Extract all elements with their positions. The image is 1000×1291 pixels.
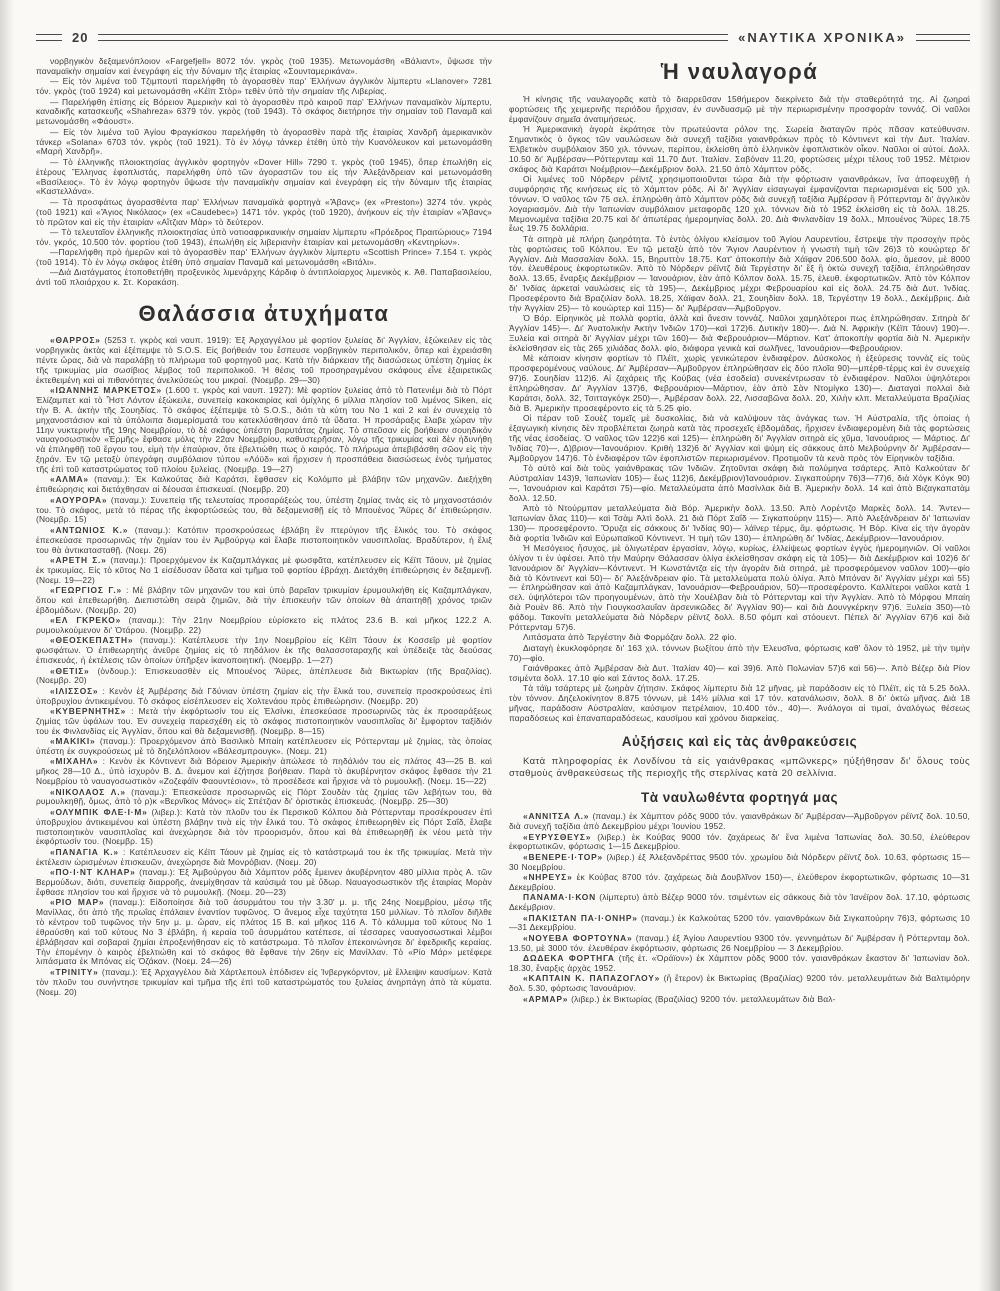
magazine-title: «ΝΑΥΤΙΚΑ ΧΡΟΝΙΚΑ» xyxy=(738,30,906,45)
ship-name: ΔΩΔΕΚΑ ΦΟΡΤΗΓΑ xyxy=(523,953,615,963)
accident-entry: «ΓΕΩΡΓΙΟΣ Γ.» : Μὲ βλάβην τῶν μηχανῶν το… xyxy=(36,586,492,616)
accident-entry: «ΑΡΕΤΗ Σ.» (παναμ.): Προερχόμενον ἐκ Καζ… xyxy=(36,556,492,586)
chartered-entry: ΔΩΔΕΚΑ ΦΟΡΤΗΓΑ (τῆς ἑτ. «Ὁράϊον») ἐκ Χάμ… xyxy=(509,954,970,974)
accident-date: (Νοεμβρ. 20) xyxy=(86,605,137,615)
accident-date: (Νοεμ. 20—23) xyxy=(227,887,286,897)
accident-entry: «ΑΝΤΩΝΙΟΣ Κ.» (παναμ.): Κατόπιν προσκρού… xyxy=(36,526,492,556)
scanned-magazine-page: 20 «ΝΑΥΤΙΚΑ ΧΡΟΝΙΚΑ» νορβηγικὸν δεξαμενό… xyxy=(0,0,1000,1291)
header-rule-middle xyxy=(98,34,728,41)
chartered-entry: «ΑΡΜΑΡ» (λιβερ.) ἐκ Βικτωρίας (Βραζιλίας… xyxy=(509,995,970,1005)
news-paragraph: νορβηγικὸν δεξαμενόπλοιον «Fargefjell» 8… xyxy=(36,57,492,77)
freight-market-title: Ἡ ναυλαγορά xyxy=(509,59,970,85)
accident-text: (ὁνδουρ.): Ἐπισκευασθὲν εἰς Μπουένος Ἄϋρ… xyxy=(97,666,492,676)
ship-name: «ΑΝΝΙΤΣΑ Λ.» xyxy=(523,811,589,821)
ship-name: «ΓΕΩΡΓΙΟΣ Γ.» xyxy=(50,585,122,595)
ship-name: «ΚΑΠΤΑΙΝ Κ. ΠΑΠΑΖΟΓΛΟΥ» xyxy=(523,973,660,983)
accident-date: (Νοεμβρ. 22) xyxy=(150,625,201,635)
chartered-section-title: Τὰ ναυλωθέντα φορτηγά μας xyxy=(509,790,970,805)
ship-name: «ΝΟΥΕΒΑ ΦΟΡΤΟΥΝΑ» xyxy=(523,933,632,943)
ship-name: «ΟΛΥΜΠΙΚ ΦΛΕ·Ι·Μ» xyxy=(50,807,148,817)
ship-name: «ΤΡΙΝΙΤΥ» xyxy=(50,967,99,977)
accident-entry: «ΙΩΑΝΝΗΣ ΜΑΡΚΕΤΟΣ» (1.600 τ. γκρὸς καὶ ν… xyxy=(36,386,492,475)
bunkers-paragraph: Κατὰ πληροφορίας ἐκ Λονδίνου τὰ εἰς γαιά… xyxy=(509,756,970,781)
accident-entry: «ΕΛ ΓΚΡΕΚΟ» (παναμ.): Τὴν 21ην Νοεμβρίου… xyxy=(36,616,492,636)
freight-paragraph: Γαιάνθρακες ἀπὸ Ἀμβέρσαν διὰ Δυτ. Ἰταλία… xyxy=(509,664,970,684)
accident-entry: «ΑΟΥΡΟΡΑ» (παναμ.): Συνεπείᾳ τῆς τελευτα… xyxy=(36,496,492,526)
accidents-section-title: Θαλάσσια ἀτυχήματα xyxy=(36,301,492,327)
freight-paragraph: Μὲ κάποιαν κίνησιν φορτίων τὸ Πλέϊτ, χωρ… xyxy=(509,354,970,413)
accidents-list: «ΘΑΡΡΟΣ» (5253 τ. γκρὸς καὶ ναυπ. 1919):… xyxy=(36,336,492,997)
freight-paragraph: Τὸ αὐτὸ καὶ διὰ τοὺς γαιάνθρακας τῶν Ἰνδ… xyxy=(509,464,970,504)
accident-entry: «ΚΥΒΕΡΝΗΤΗΣ» : Μετὰ τὴν ἐκφόρτωσίν του ε… xyxy=(36,707,492,737)
two-column-body: νορβηγικὸν δεξαμενόπλοιον «Fargefjell» 8… xyxy=(0,45,1000,1004)
ship-name: «ΙΩΑΝΝΗΣ ΜΑΡΚΕΤΟΣ» xyxy=(50,385,162,395)
accident-date: (Νοεμβρ. 15) xyxy=(36,514,87,524)
accident-entry: «ΤΡΙΝΙΤΥ» (παναμ.): Ἐξ Ἀρχαγγέλου διὰ Χά… xyxy=(36,968,492,998)
accident-date: (Νοεμ. 24—26) xyxy=(173,956,232,966)
freight-paragraph: Τὰ τάϊμ τσάρτερς μὲ ζωηρὰν ζήτησιν. Σκάφ… xyxy=(509,684,970,724)
accident-entry: «ΠΑΝΑΓΙΑ Κ.» : Κατέπλευσεν εἰς Κέϊπ Τάου… xyxy=(36,848,492,868)
accident-entry: «ΘΕΤΙΣ» (ὁνδουρ.): Ἐπισκευασθὲν εἰς Μπου… xyxy=(36,667,492,687)
chartered-entry: «ΝΟΥΕΒΑ ΦΟΡΤΟΥΝΑ» (παναμ.) ἐξ Ἁγίου Λαυρ… xyxy=(509,934,970,954)
accident-date: (Νοεμβρ. 8—15) xyxy=(260,726,324,736)
ship-name: «ΜΙΧΑΗΛ» xyxy=(50,756,98,766)
accident-text: (παναμ.): Εἰδοποίησε διὰ τοῦ ἀσυρμάτου τ… xyxy=(36,897,492,966)
bunkers-body: Κατὰ πληροφορίας ἐκ Λονδίνου τὰ εἰς γαιά… xyxy=(509,756,970,781)
ship-name: «ΕΛ ΓΚΡΕΚΟ» xyxy=(50,615,121,625)
freight-market-body: Ἡ κίνησις τῆς ναυλαγορᾶς κατὰ τὸ διαρρεῦ… xyxy=(509,95,970,724)
ship-name: ΠΑΝΑΜΑ·Ι·ΚΟΝ xyxy=(523,892,596,902)
ship-name: «ΠΟ·Ι·ΝΤ ΚΛΗΑΡ» xyxy=(50,867,136,877)
accident-text: : Κενὸν ἐξ Ἀμβέρσης διὰ Γδύνιαν ὑπέστη ζ… xyxy=(36,686,492,706)
ship-name: «ΝΙΚΟΛΑΟΣ Λ.» xyxy=(50,787,126,797)
ship-name: «ΑΛΜΑ» xyxy=(50,474,89,484)
ship-name: «ΑΟΥΡΟΡΑ» xyxy=(50,495,107,505)
accident-text: (παναμ.): Ἐξ Ἀρχαγγέλου διὰ Χάρτλεπουλ ἐ… xyxy=(36,967,492,987)
accident-date: (Νοεμβρ. 20) xyxy=(36,675,87,685)
chartered-entry: «ΑΝΝΙΤΣΑ Λ.» (παναμ.) ἐκ Χάμπτον ρόδς 90… xyxy=(509,812,970,832)
right-column: Ἡ ναυλαγορά Ἡ κίνησις τῆς ναυλαγορᾶς κατ… xyxy=(509,57,970,1004)
chartered-entry: «ΚΑΠΤΑΙΝ Κ. ΠΑΠΑΖΟΓΛΟΥ» (ἢ ἕτερον) ἐκ Βι… xyxy=(509,974,970,994)
accident-entry: «ΟΛΥΜΠΙΚ ΦΛΕ·Ι·Μ» (λιβερ.): Κατὰ τὸν πλο… xyxy=(36,808,492,848)
freight-paragraph: Ὁ Βόρ. Εἰρηνικὸς μὲ πολλὰ φορτία, ἀλλὰ κ… xyxy=(509,314,970,354)
accident-date: (Νοεμ. 20) xyxy=(36,987,77,997)
accident-date: (Νοεμβρ. 15) xyxy=(102,836,153,846)
ship-name: «ΑΡΜΑΡ» xyxy=(523,994,568,1004)
left-column: νορβηγικὸν δεξαμενόπλοιον «Fargefjell» 8… xyxy=(36,57,492,1004)
news-paragraph: —Διὰ Διατάγματος ἐτοποθετήθη προξενικὸς … xyxy=(36,268,492,288)
accident-date: (Νοεμ. 21) xyxy=(286,746,327,756)
news-paragraph: — Εἰς τὸν λιμένα τοῦ Ἁγίου Φραγκίσκου πα… xyxy=(36,128,492,158)
news-paragraph: — Τὸ ἑλληνικῆς πλοιοκτησίας ἀγγλικὸν φορ… xyxy=(36,158,492,198)
ship-name: «ΠΑΚΙΣΤΑΝ ΠΑ·Ι·ΟΝΗΡ» xyxy=(523,913,638,923)
bunkers-section-title: Αὐξήσεις καὶ εἰς τὰς ἀνθρακεύσεις xyxy=(509,734,970,749)
accident-entry: «ΑΛΜΑ» (παναμ.): Ἐκ Καλκούτας διὰ Καράτσ… xyxy=(36,475,492,495)
freight-paragraph: Ἀπὸ τὸ Ντούρμπαν μεταλλεύματα διὰ Βόρ. Ἀ… xyxy=(509,504,970,544)
ship-name: «ΘΕΟΣΚΕΠΑΣΤΗ» xyxy=(50,635,133,645)
ship-name: «ΘΑΡΡΟΣ» xyxy=(50,335,101,345)
accident-date: (Νοεμβρ. 25—30) xyxy=(380,796,449,806)
accident-entry: «ΜΙΧΑΗΛ» : Κενὸν ἐκ Κόντινεντ διὰ Βόρειο… xyxy=(36,757,492,787)
accident-entry: «ΙΛΙΣΣΟΣ» : Κενὸν ἐξ Ἀμβέρσης διὰ Γδύνια… xyxy=(36,687,492,707)
chartered-entry: «ΠΑΚΙΣΤΑΝ ΠΑ·Ι·ΟΝΗΡ» (παναμ.) ἐκ Καλκούτ… xyxy=(509,914,970,934)
chartered-entry: «ΝΗΡΕΥΣ» ἐκ Κούβας 8700 τόν. ζαχάρεως δι… xyxy=(509,873,970,893)
ship-name: «ΕΥΡΥΣΘΕΥΣ» xyxy=(523,832,591,842)
ship-name: «ΘΕΤΙΣ» xyxy=(50,666,89,676)
accident-date: (Νοεμβρ. 20) xyxy=(368,696,419,706)
accident-date: (Νοεμβρ. 20) xyxy=(239,484,290,494)
header-rule-left xyxy=(36,34,62,41)
chartered-ships-list: «ΑΝΝΙΤΣΑ Λ.» (παναμ.) ἐκ Χάμπτον ρόδς 90… xyxy=(509,812,970,1004)
freight-paragraph: Οἱ πέραν τοῦ Σουὲζ τομεῖς μὲ δυσκολίας, … xyxy=(509,414,970,463)
accident-entry: «ΝΙΚΟΛΑΟΣ Λ.» (παναμ.): Ἐπεσκεύασε προσω… xyxy=(36,788,492,808)
ship-name: «ΑΝΤΩΝΙΟΣ Κ.» xyxy=(50,525,128,535)
accident-date: (Νοεμ. 19—22) xyxy=(36,575,95,585)
accident-entry: «ΡΙΟ ΜΑΡ» (παναμ.): Εἰδοποίησε διὰ τοῦ ἀ… xyxy=(36,898,492,967)
accident-text: : Κενὸν ἐκ Κόντινεντ διὰ Βόρειον Ἀμερικὴ… xyxy=(36,756,492,786)
page-header: 20 «ΝΑΥΤΙΚΑ ΧΡΟΝΙΚΑ» xyxy=(0,0,1000,45)
accident-entry: «ΘΕΟΣΚΕΠΑΣΤΗ» (παναμ.): Κατέπλευσε τὴν 1… xyxy=(36,636,492,666)
chartered-entry: «ΕΥΡΥΣΘΕΥΣ» (λιβερ.) ἐκ Κούβας 9000 τόν.… xyxy=(509,833,970,853)
charter-text: (λιβερ.) ἐκ Βικτωρίας (Βραζιλίας) 9200 τ… xyxy=(571,994,835,1004)
accident-date: (Νοεμβρ. 29—30) xyxy=(251,375,320,385)
freight-paragraph: Λιπάσματα ἀπὸ Τεργέστην διὰ Φορμόζαν δολ… xyxy=(509,633,970,643)
accident-date: (Νοεμ. 26) xyxy=(126,545,167,555)
freight-paragraph: Ἡ κίνησις τῆς ναυλαγορᾶς κατὰ τὸ διαρρεῦ… xyxy=(509,95,970,125)
charter-text: ἐκ Κούβας 8700 τόν. ζαχάρεως διὰ Δουβλῖν… xyxy=(509,872,970,892)
chartered-entry: «ΒΕΝΕΡΕ·Ι·ΤΟΡ» (λιβερ.) ἐξ Ἀλεξανδρέττας… xyxy=(509,853,970,873)
accident-entry: «ΜΑΚΙΚΙ» (παναμ.): Προερχόμενον ἀπὸ Βασι… xyxy=(36,737,492,757)
freight-paragraph: Διαταγὴ ἐκυκλοφόρησε δι' 163 χιλ. τόννων… xyxy=(509,644,970,664)
ship-name: «ΚΥΒΕΡΝΗΤΗΣ» xyxy=(50,706,126,716)
accident-date: (Νοεμβρ. 1—27) xyxy=(269,655,333,665)
ship-name: «ΙΛΙΣΣΟΣ» xyxy=(50,686,98,696)
freight-paragraph: Τὰ σιτηρὰ μὲ πλήρη ζωηρότητα. Τὸ ἐντὸς ὀ… xyxy=(509,235,970,314)
ship-name: «ΑΡΕΤΗ Σ.» xyxy=(50,555,107,565)
news-paragraph: — Εἰς τὸν λιμένα τοῦ Τζιμπουτὶ παρελήφθη… xyxy=(36,77,492,97)
ship-name: «ΒΕΝΕΡΕ·Ι·ΤΟΡ» xyxy=(523,852,603,862)
freight-paragraph: Οἱ λιμένες τοῦ Νόρδερν ρέϊντζ χρησιμοποι… xyxy=(509,175,970,234)
ship-name: «ΠΑΝΑΓΙΑ Κ.» xyxy=(50,847,119,857)
ship-name: «ΝΗΡΕΥΣ» xyxy=(523,872,573,882)
accident-entry: «ΠΟ·Ι·ΝΤ ΚΛΗΑΡ» (παναμ.): Ἐξ Ἀμβούργου δ… xyxy=(36,868,492,898)
accident-text: (1.600 τ. γκρὸς καὶ ναυπ. 1927): Μὲ φορτ… xyxy=(36,385,492,474)
accident-date: (Νοεμ. 15—22) xyxy=(428,776,487,786)
news-paragraph: —Παρελήφθη πρὸ ἡμερῶν καὶ τὸ ἀγορασθὲν π… xyxy=(36,248,492,268)
news-paragraph: — Τὰ προσφάτως ἀγορασθέντα παρ' Ἑλλήνων … xyxy=(36,198,492,228)
ship-name: «ΡΙΟ ΜΑΡ» xyxy=(50,897,104,907)
page-number: 20 xyxy=(72,30,88,45)
accident-entry: «ΘΑΡΡΟΣ» (5253 τ. γκρὸς καὶ ναυπ. 1919):… xyxy=(36,336,492,385)
accident-text: (παναμ.): Προερχόμενον ἀπὸ Βασιλικὸ Μπαί… xyxy=(36,736,492,756)
chartered-entry: ΠΑΝΑΜΑ·Ι·ΚΟΝ (λίμπερτυ) ἀπὸ Βέζερ 9000 τ… xyxy=(509,893,970,913)
freight-paragraph: Ἡ Ἀμερικανικὴ ἀγορὰ ἐκράτησε τὸν πρωτεύο… xyxy=(509,125,970,174)
ship-name: «ΜΑΚΙΚΙ» xyxy=(50,736,96,746)
news-paragraph: — Τὸ τελευταῖον ἑλληνικῆς πλοιοκτησίας ὑ… xyxy=(36,228,492,248)
accident-date: (Νοεμβρ. 19—27) xyxy=(224,464,293,474)
shipping-news-continuation: νορβηγικὸν δεξαμενόπλοιον «Fargefjell» 8… xyxy=(36,57,492,288)
header-rule-right xyxy=(916,34,970,41)
freight-paragraph: Ἡ Μεσόγειος ἥσυχος, μὲ ὀλιγωτέραν ἐργασί… xyxy=(509,544,970,633)
news-paragraph: — Παρελήφθη ἐπίσης εἰς Βόρειον Ἀμερικὴν … xyxy=(36,98,492,128)
accident-date: (Νοεμ. 20) xyxy=(276,857,317,867)
